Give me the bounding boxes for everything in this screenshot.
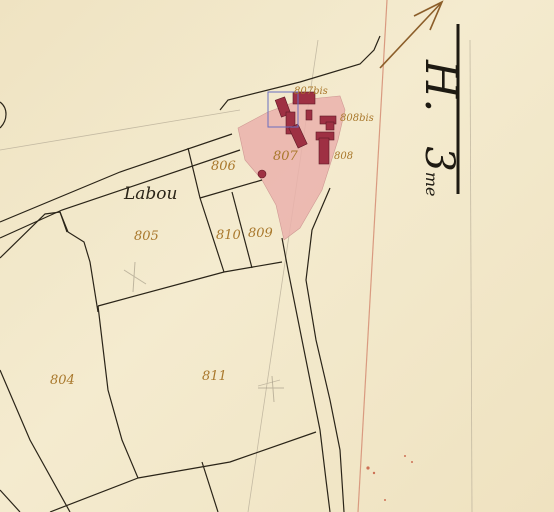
sheet-number: 3 [416, 146, 462, 171]
parcel-808bis[interactable]: 808bis [340, 114, 374, 124]
parcel-807[interactable]: 807 [273, 150, 298, 163]
ink-speckles [366, 455, 413, 501]
sheet-margin-line [358, 0, 387, 512]
construction-lines [0, 40, 472, 512]
parcel-809[interactable]: 809 [248, 227, 273, 240]
parcel-808[interactable]: 808 [334, 152, 353, 162]
north-arrow-icon [380, 2, 442, 68]
parcel-805[interactable]: 805 [134, 230, 159, 243]
parcel-807bis[interactable]: 807bis [294, 87, 328, 97]
map-geometry [0, 0, 554, 512]
cadastral-map[interactable]: Labou 806 807 807bis 808 808bis 805 810 … [0, 0, 554, 512]
parcel-806[interactable]: 806 [211, 160, 236, 173]
sheet-section: H. [415, 60, 466, 112]
sheet-suffix: me [422, 172, 441, 197]
place-name-label: Labou [124, 186, 178, 203]
parcel-804[interactable]: 804 [50, 374, 75, 387]
sheet-label: H.3me [415, 60, 466, 196]
parcel-810[interactable]: 810 [216, 229, 241, 242]
parcel-811[interactable]: 811 [202, 370, 227, 383]
